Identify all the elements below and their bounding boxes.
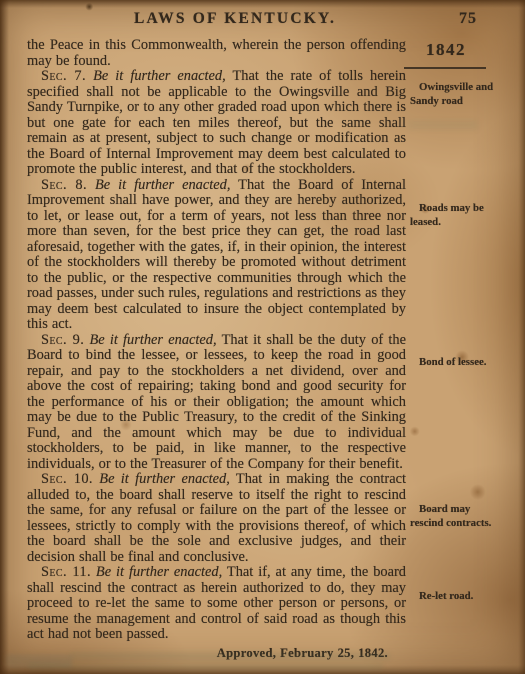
section-8-paragraph: Sec. 8. Be it further enacted, That the … [27,178,406,333]
section-9-enacting-clause: Be it further enacted, [89,332,216,348]
margin-note-board-rescind: Board may rescind contracts. [410,503,498,530]
section-9-text: That it shall be the duty of the Board t… [27,332,406,472]
section-11-paragraph: Sec. 11. Be it further enacted, That if,… [27,565,406,643]
margin-year: 1842 [406,40,486,60]
section-11-label: Sec. 11. [41,564,91,580]
section-7-enacting-clause: Be it further enacted, [93,68,226,84]
page-title: LAWS OF KENTUCKY. [40,10,430,28]
section-8-text: That the Board of Internal Improvement s… [27,177,406,333]
margin-note-relet-road: Re-let road. [410,590,498,604]
show-through-smudge [6,654,72,668]
page-number: 75 [459,10,491,28]
section-7-label: Sec. 7. [41,68,86,84]
section-9-label: Sec. 9. [41,332,84,348]
book-page: LAWS OF KENTUCKY. 75 1842 Owingsville an… [0,0,525,674]
margin-note-owingsville-road: Owingsville and Sandy road [410,81,498,108]
section-10-enacting-clause: Be it further enacted, [99,471,230,487]
show-through-smudge [408,120,478,130]
section-7-paragraph: Sec. 7. Be it further enacted, That the … [27,69,406,178]
show-through-smudge [28,663,383,670]
margin-note-bond-of-lessee: Bond of lessee. [410,356,498,370]
section-9-paragraph: Sec. 9. Be it further enacted, That it s… [27,333,406,473]
intro-paragraph: the Peace in this Commonwealth, wherein … [27,38,406,69]
statute-text-column: the Peace in this Commonwealth, wherein … [27,38,406,661]
section-8-label: Sec. 8. [41,177,87,193]
margin-note-roads-leased: Roads may be leased. [410,202,498,229]
section-7-text: That the rate of tolls herein specified … [27,68,406,177]
section-10-label: Sec. 10. [41,471,93,487]
section-8-enacting-clause: Be it further enacted, [95,177,230,193]
section-10-paragraph: Sec. 10. Be it further enacted, That in … [27,472,406,565]
margin-year-rule [404,67,486,69]
show-through-smudge [70,652,390,660]
section-11-enacting-clause: Be it further enacted, [96,564,222,580]
